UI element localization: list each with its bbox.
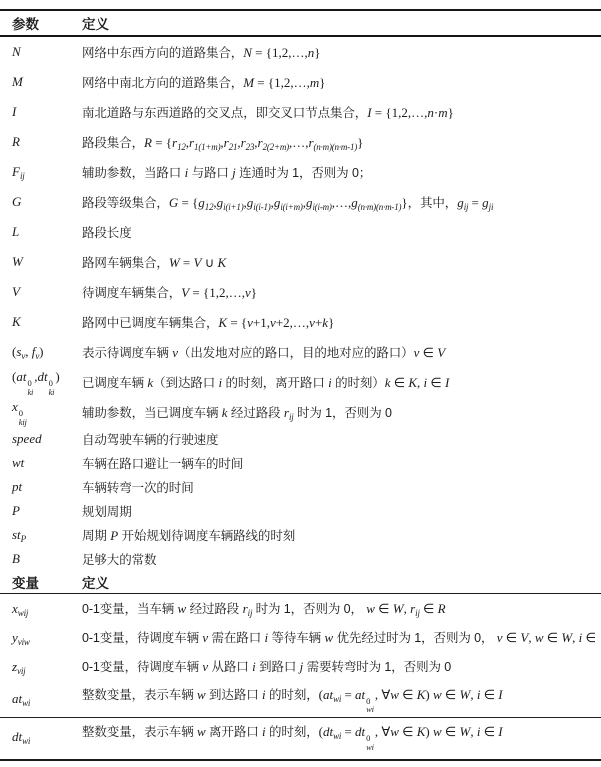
variable-symbol: yviw bbox=[12, 629, 82, 647]
param-definition: 南北道路与东西道路的交叉点，即交叉口节点集合，I = {1,2,…,n·m} bbox=[82, 103, 595, 122]
var-header-row: 变量 定义 bbox=[0, 571, 601, 594]
variable-definition: 0-1变量，待调度车辆 v 从路口 i 到路口 j 需要转弯时为 1，否则为 0 bbox=[82, 657, 595, 676]
param-symbol: K bbox=[12, 313, 82, 331]
param-definition: 表示待调度车辆 v（出发地对应的路口，目的地对应的路口）v ∈ V bbox=[82, 343, 595, 362]
param-row: I南北道路与东西道路的交叉点，即交叉口节点集合，I = {1,2,…,n·m} bbox=[0, 97, 601, 127]
param-definition: 自动驾驶车辆的行驶速度 bbox=[82, 430, 595, 449]
param-row: K路网中已调度车辆集合，K = {v+1,v+2,…,v+k} bbox=[0, 307, 601, 337]
param-row: wt车辆在路口避让一辆车的时间 bbox=[0, 451, 601, 475]
table-bottom-rule bbox=[0, 759, 601, 761]
param-symbol: L bbox=[12, 223, 82, 241]
param-row: G路段等级集合，G = {g12,gi(i+1),gi(i-1),gi(i+m)… bbox=[0, 187, 601, 217]
param-definition: 路段等级集合，G = {g12,gi(i+1),gi(i-1),gi(i+m),… bbox=[82, 193, 595, 212]
param-definition: 车辆转弯一次的时间 bbox=[82, 478, 595, 497]
param-definition: 路网车辆集合，W = V ∪ K bbox=[82, 253, 595, 272]
param-symbol: M bbox=[12, 73, 82, 91]
param-definition: 路段长度 bbox=[82, 223, 595, 242]
var-header-col1: 变量 bbox=[12, 572, 82, 592]
param-definition: 辅助参数，当已调度车辆 k 经过路段 rij 时为 1，否则为 0 bbox=[82, 403, 595, 422]
param-row: pt车辆转弯一次的时间 bbox=[0, 475, 601, 499]
param-row: B足够大的常数 bbox=[0, 547, 601, 571]
param-definition: 足够大的常数 bbox=[82, 550, 595, 569]
variable-definition: 整数变量，表示车辆 w 离开路口 i 的时刻，(dtwi = dt0wi, ∀w… bbox=[82, 722, 595, 751]
param-row: (sv, fv)表示待调度车辆 v（出发地对应的路口，目的地对应的路口）v ∈ … bbox=[0, 337, 601, 367]
variable-row: dtwi整数变量，表示车辆 w 离开路口 i 的时刻，(dtwi = dt0wi… bbox=[0, 718, 601, 755]
param-row: Fij辅助参数，当路口 i 与路口 j 连通时为 1，否则为 0； bbox=[0, 157, 601, 187]
param-definition: 路网中已调度车辆集合，K = {v+1,v+2,…,v+k} bbox=[82, 313, 595, 332]
param-definition: 周期 P 开始规划待调度车辆路线的时刻 bbox=[82, 526, 595, 545]
param-symbol: x0kij bbox=[12, 398, 82, 426]
notation-table-page: 参数 定义 N网络中东西方向的道路集合，N = {1,2,…,n}M网络中南北方… bbox=[0, 0, 601, 767]
param-definition: 路段集合，R = {r12,r1(1+m),r21,r23,r2(2+m),…,… bbox=[82, 133, 595, 152]
variable-definition: 整数变量，表示车辆 w 到达路口 i 的时刻，(atwi = at0wi, ∀w… bbox=[82, 685, 595, 714]
param-definition: 规划周期 bbox=[82, 502, 595, 521]
param-symbol: speed bbox=[12, 430, 82, 448]
param-row: (at0ki,dt0ki)已调度车辆 k（到达路口 i 的时刻，离开路口 i 的… bbox=[0, 367, 601, 397]
param-definition: 待调度车辆集合，V = {1,2,…,v} bbox=[82, 283, 595, 302]
param-row: speed自动驾驶车辆的行驶速度 bbox=[0, 427, 601, 451]
variable-definition: 0-1变量，待调度车辆 v 需在路口 i 等待车辆 w 优先经过时为 1，否则为… bbox=[82, 628, 595, 647]
param-definition: 辅助参数，当路口 i 与路口 j 连通时为 1，否则为 0； bbox=[82, 163, 595, 182]
param-row: V待调度车辆集合，V = {1,2,…,v} bbox=[0, 277, 601, 307]
param-row: x0kij辅助参数，当已调度车辆 k 经过路段 rij 时为 1，否则为 0 bbox=[0, 397, 601, 427]
param-symbol: (at0ki,dt0ki) bbox=[12, 368, 82, 396]
param-row: R路段集合，R = {r12,r1(1+m),r21,r23,r2(2+m),…… bbox=[0, 127, 601, 157]
variable-symbol: dtwi bbox=[12, 728, 82, 746]
variable-symbol: xwij bbox=[12, 600, 82, 618]
param-definition: 网络中东西方向的道路集合，N = {1,2,…,n} bbox=[82, 43, 595, 62]
param-definition: 车辆在路口避让一辆车的时间 bbox=[82, 454, 595, 473]
param-symbol: (sv, fv) bbox=[12, 343, 82, 361]
variable-row: zvij0-1变量，待调度车辆 v 从路口 i 到路口 j 需要转弯时为 1，否… bbox=[0, 652, 601, 681]
param-header-row: 参数 定义 bbox=[0, 11, 601, 37]
param-row: P规划周期 bbox=[0, 499, 601, 523]
param-symbol: W bbox=[12, 253, 82, 271]
variable-definition: 0-1变量，当车辆 w 经过路段 rij 时为 1，否则为 0， w ∈ W, … bbox=[82, 599, 595, 618]
param-definition: 已调度车辆 k（到达路口 i 的时刻，离开路口 i 的时刻）k ∈ K, i ∈… bbox=[82, 373, 595, 392]
param-row: stP周期 P 开始规划待调度车辆路线的时刻 bbox=[0, 523, 601, 547]
param-symbol: N bbox=[12, 43, 82, 61]
param-symbol: wt bbox=[12, 454, 82, 472]
variable-row: yviw0-1变量，待调度车辆 v 需在路口 i 等待车辆 w 优先经过时为 1… bbox=[0, 623, 601, 652]
param-symbol: P bbox=[12, 502, 82, 520]
param-symbol: stP bbox=[12, 526, 82, 544]
param-symbol: V bbox=[12, 283, 82, 301]
param-row: M网络中南北方向的道路集合，M = {1,2,…,m} bbox=[0, 67, 601, 97]
param-row: N网络中东西方向的道路集合，N = {1,2,…,n} bbox=[0, 37, 601, 67]
variable-symbol: zvij bbox=[12, 658, 82, 676]
param-header-col1: 参数 bbox=[12, 13, 82, 33]
param-symbol: R bbox=[12, 133, 82, 151]
variable-row: xwij0-1变量，当车辆 w 经过路段 rij 时为 1，否则为 0， w ∈… bbox=[0, 594, 601, 623]
variable-row: atwi整数变量，表示车辆 w 到达路口 i 的时刻，(atwi = at0wi… bbox=[0, 681, 601, 718]
variables-section: xwij0-1变量，当车辆 w 经过路段 rij 时为 1，否则为 0， w ∈… bbox=[0, 594, 601, 755]
param-header-col2: 定义 bbox=[82, 13, 595, 33]
param-symbol: pt bbox=[12, 478, 82, 496]
param-symbol: G bbox=[12, 193, 82, 211]
param-symbol: Fij bbox=[12, 163, 82, 181]
param-row: W路网车辆集合，W = V ∪ K bbox=[0, 247, 601, 277]
param-definition: 网络中南北方向的道路集合，M = {1,2,…,m} bbox=[82, 73, 595, 92]
param-symbol: I bbox=[12, 103, 82, 121]
parameters-section: N网络中东西方向的道路集合，N = {1,2,…,n}M网络中南北方向的道路集合… bbox=[0, 37, 601, 571]
param-symbol: B bbox=[12, 550, 82, 568]
param-row: L路段长度 bbox=[0, 217, 601, 247]
var-header-col2: 定义 bbox=[82, 572, 595, 592]
variable-symbol: atwi bbox=[12, 690, 82, 708]
